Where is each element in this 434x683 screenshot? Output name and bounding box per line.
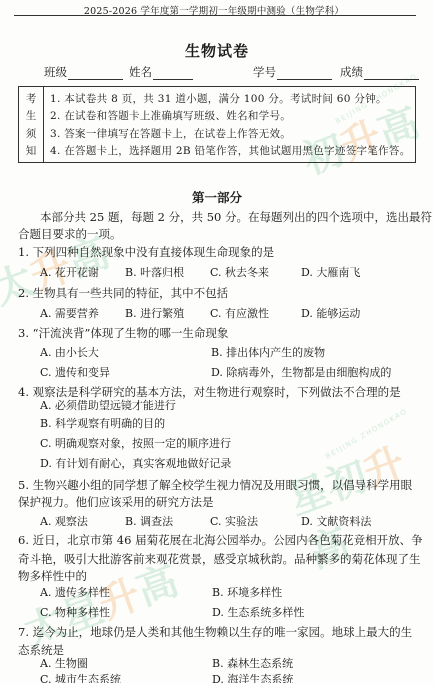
option-a[interactable]: A. 生物圈 [40,656,88,672]
notice-side-char: 须 [26,126,37,141]
option-d[interactable]: D. 除病毒外，生物都是由细胞构成的 [211,365,391,381]
question-stem: 6. 近日，北京市第 46 届菊花展在北海公园举办。公园内各色菊花竞相开放、争 [18,532,423,548]
name-label: 姓名 [129,64,152,80]
notice-side-char: 知 [26,143,37,158]
question-stem: 1. 下列四种自然现象中没有直接体现生命现象的是 [18,244,274,260]
class-blank[interactable] [68,68,123,80]
option-c[interactable]: C. 遗传和变异 [40,365,110,381]
option-b[interactable]: B. 排出体内产生的废物 [211,345,325,361]
exam-page: 初升高 BEIJING ZHONGKAO 太升高 星初升高 BEIJING ZH… [0,0,434,683]
part-intro-line: 本部分共 25 题，每题 2 分，共 50 分。在每题列出的四个选项中，选出最符 [40,209,432,225]
option-c[interactable]: C. 实验法 [210,514,258,530]
notice-item: 4. 在答题卡上，选择题用 2B 铅笔作答，其他试题用黑色字迹签字笔作答。 [50,143,415,158]
option-d[interactable]: D. 文献资料法 [301,514,371,530]
option-b[interactable]: B. 科学观察有明确的目的 [40,416,165,432]
option-c[interactable]: C. 有应激性 [210,306,269,322]
exam-notice-box: 考 生 须 知 1. 本试卷共 8 页，共 31 道小题，满分 100 分。考试… [18,86,416,163]
option-c[interactable]: C. 城市生态系统 [40,672,121,683]
student-id-label: 学号 [253,64,276,80]
score-label: 成绩 [340,64,363,80]
question-stem: 2. 生物具有一些共同的特征，其中不包括 [18,285,228,301]
class-label: 班级 [44,64,67,80]
option-a[interactable]: A. 必须借助望远镜才能进行 [40,398,176,414]
question-stem: 7. 迄今为止，地球仍是人类和其他生物赖以生存的唯一家园。地球上最大的生 [18,624,412,640]
name-blank[interactable] [153,68,193,80]
option-d[interactable]: D. 大雁南飞 [301,265,360,281]
option-b[interactable]: B. 森林生态系统 [212,656,293,672]
option-c[interactable]: C. 明确观察对象，按照一定的顺序进行 [40,436,231,452]
option-a[interactable]: A. 需要营养 [40,306,99,322]
option-d[interactable]: D. 海洋生态系统 [212,672,293,683]
notice-item: 3. 答案一律填写在答题卡上，在试卷上作答无效。 [50,126,415,141]
option-a[interactable]: A. 花开花谢 [40,265,99,281]
option-b[interactable]: B. 调查法 [125,514,173,530]
option-d[interactable]: D. 有计划有耐心，真实客观地做好记录 [40,456,231,472]
option-a[interactable]: A. 观察法 [40,514,88,530]
score-field[interactable]: 成绩 [340,64,419,80]
option-b[interactable]: B. 叶落归根 [125,265,184,281]
option-b[interactable]: B. 进行繁殖 [125,306,184,322]
option-a[interactable]: A. 遗传多样性 [40,585,110,601]
option-c[interactable]: C. 秋去冬来 [210,265,269,281]
part-intro-line: 合题目要求的一项。 [18,226,122,242]
name-field[interactable]: 姓名 [129,64,193,80]
paper-title: 生物试卷 [0,40,434,61]
student-id-field[interactable]: 学号 [253,64,332,80]
option-b[interactable]: B. 环境多样性 [212,585,282,601]
student-info-row: 班级 姓名 学号 成绩 [44,64,419,80]
option-c[interactable]: C. 物种多样性 [40,605,110,621]
notice-side-label: 考 生 须 知 [19,87,44,162]
header-divider [14,15,416,16]
option-d[interactable]: D. 生态系统多样性 [212,605,304,621]
notice-item: 2. 在试卷和答题卡上准确填写班级、姓名和学号。 [50,108,415,123]
question-stem: 5. 生物兴趣小组的同学想了解全校学生视力情况及用眼习惯，以倡导科学用眼 [18,477,412,493]
notice-side-char: 考 [26,91,37,106]
score-blank[interactable] [364,68,419,80]
question-stem: 奇斗艳，吸引大批游客前来观花赏景，感受京城秋韵。品种繁多的菊花体现了生 [18,551,421,567]
option-d[interactable]: D. 能够运动 [301,306,360,322]
notice-items: 1. 本试卷共 8 页，共 31 道小题，满分 100 分。考试时间 60 分钟… [44,87,415,162]
watermark-latin-mid: BEIJING ZHONGKAO [324,407,409,461]
student-id-blank[interactable] [277,68,332,80]
notice-side-char: 生 [26,108,37,123]
notice-item: 1. 本试卷共 8 页，共 31 道小题，满分 100 分。考试时间 60 分钟… [50,91,415,106]
question-stem: 物多样性中的 [18,568,87,584]
option-a[interactable]: A. 由小长大 [40,345,99,361]
question-stem: 3. “汗流浃背”体现了生物的哪一生命现象 [18,325,228,341]
class-field[interactable]: 班级 [44,64,123,80]
part-title: 第一部分 [0,188,434,206]
question-stem: 保护视力。他们应该采用的研究方法是 [18,494,214,510]
